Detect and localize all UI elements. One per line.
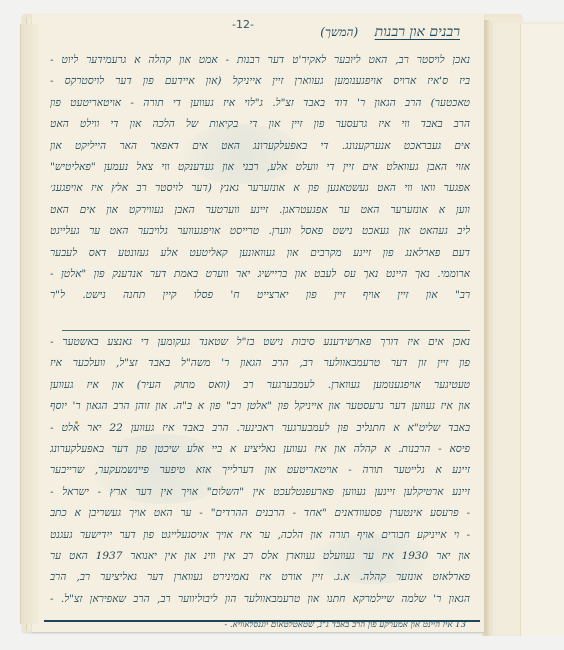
page-heading: רבנים און רבנות (המשך) [290,24,460,41]
section-2-body: נאכן אים איז דורך פארשידענע סיבות נישט ב… [50,332,470,610]
text-line: פון זיין זון דער טרעמבאוולער רב, הרב הגא… [50,353,470,374]
section-divider-line [62,330,470,331]
heading-title: רבנים און רבנות [375,24,460,40]
text-line: פארלאזט אונזער קהלה. א.ג. זיין אורט איז … [50,567,470,588]
page-left-fold [20,24,39,624]
text-line: פיסא - הרבנות. א קהלה און איז געווען גאל… [50,439,470,460]
section-1-body: נאכן לויסטר רב, האט ליובער לאקיר'ט דער ר… [50,50,470,307]
text-line: טאכטער) הרב הגאון ר' דוד באבד זצ"ל. ג"לו… [50,93,470,114]
text-line: הגאון ר' שלמה שיילמרקא חתנו און טרעמבאוו… [50,589,470,610]
text-line: אזוי האבן געוואלט אים זיין די וועלט אלע,… [50,157,470,178]
footnote-marker: 13 [455,620,466,630]
text-line: און איז געווען דער גרעסטער און אייניקל פ… [50,396,470,417]
text-line: נאכן אים איז דורך פארשידענע סיבות נישט ב… [50,332,470,353]
text-line: הרב באבד ווי איז גרעסער פון זיין און די … [50,114,470,135]
text-line: ליב געהאט און געאכט נישט פאסל ווערן. טרי… [50,221,470,242]
footnote-text: איז היינט און אמערקע פון הרב באבד ג"נ, ש… [224,620,452,630]
text-line: - פרעסע אינטערן פסעוודאנים "אחד - הרבנים… [50,503,470,524]
scanned-manuscript-scene: -12- רבנים און רבנות (המשך) נאכן לויסטר … [0,0,564,650]
paper-stain [75,421,78,424]
text-line: זיינע ארטיקלען זיינען געווען פארעפנטלעכט… [50,482,470,503]
facing-page-inner [520,24,564,636]
text-line: ביז ס'איז ארויס אויפגענומען געווארן זיין… [50,71,470,92]
footnote: 13 איז היינט און אמערקע פון הרב באבד ג"נ… [210,618,466,632]
text-line: אפגער וואו ווי האט געשטאנען פון א אונזער… [50,178,470,199]
text-line: און יאר 1930 איז ער געוועלט געווארן אלס … [50,546,470,567]
text-line: ארוממי. נאך היינט נאך עס לעבט און בריישי… [50,264,470,285]
text-line: ווען א אונזערער האט ער אפגעטראגן. זיינע … [50,200,470,221]
heading-continued-note: (המשך) [320,25,358,39]
text-line: זיינע א גלייטער תורה - אויטאריטעט און דע… [50,460,470,481]
text-line: רב" און זיין אויף זיין פון יארצייט ח' פס… [50,285,470,306]
text-line: נאכן לויסטר רב, האט ליובער לאקיר'ט דער ר… [50,50,470,71]
text-line: אים געבראכט אנערקענונג. די באפעלקערונג ה… [50,136,470,157]
page-number: -12- [232,18,254,31]
text-line: באבד שליט"א א חתנליב פון לעמבערגער ראבינ… [50,418,470,439]
text-line: טעטיגער אויפגענומען געווארן. לעמבערגער ר… [50,375,470,396]
text-line: - וי אייניקע חבורים אויף תורה און הלכה, … [50,525,470,546]
text-line: דעם פארלאנג פון זיינע מקרבים און געוואונ… [50,243,470,264]
